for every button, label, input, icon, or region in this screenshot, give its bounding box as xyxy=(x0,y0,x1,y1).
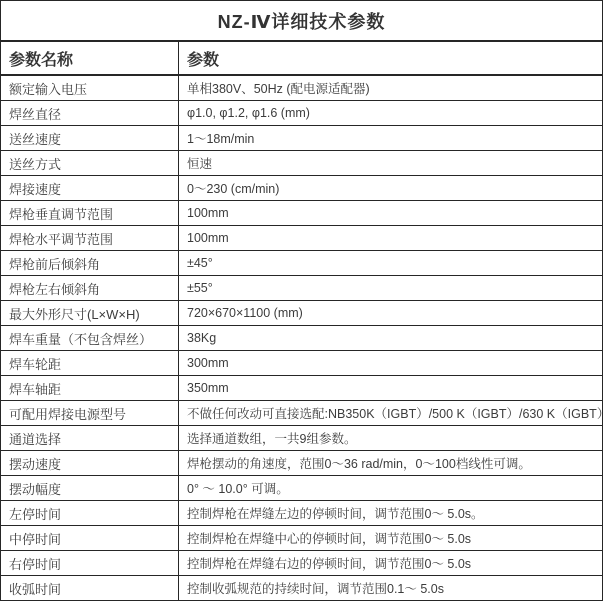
table-row: 左停时间 控制焊枪在焊缝左边的停顿时间，调节范围0～ 5.0s。 xyxy=(1,501,602,526)
param-name-cell: 摆动速度 xyxy=(1,451,179,475)
table-row: 焊丝直径 φ1.0, φ1.2, φ1.6 (mm) xyxy=(1,101,602,126)
param-value-cell: 控制收弧规范的持续时间，调节范围0.1～ 5.0s xyxy=(179,576,602,600)
param-name-cell: 收弧时间 xyxy=(1,576,179,600)
table-row: 通道选择 选择通道数组，一共9组参数。 xyxy=(1,426,602,451)
param-value-cell: 350mm xyxy=(179,376,602,400)
table-row: 收弧时间 控制收弧规范的持续时间，调节范围0.1～ 5.0s xyxy=(1,576,602,600)
param-value-cell: ±55° xyxy=(179,276,602,300)
param-name-cell: 送丝速度 xyxy=(1,126,179,150)
table-title: NZ-Ⅳ详细技术参数 xyxy=(1,1,602,42)
param-value-cell: 选择通道数组，一共9组参数。 xyxy=(179,426,602,450)
table-header-row: 参数名称 参数 xyxy=(1,42,602,76)
param-value-cell: 720×670×1100 (mm) xyxy=(179,301,602,325)
table-row: 焊枪前后倾斜角 ±45° xyxy=(1,251,602,276)
param-name-cell: 焊车轴距 xyxy=(1,376,179,400)
table-row: 额定输入电压 单相380V、50Hz (配电源适配器) xyxy=(1,76,602,101)
param-value-cell: ±45° xyxy=(179,251,602,275)
param-name-cell: 焊枪前后倾斜角 xyxy=(1,251,179,275)
param-value-cell: 焊枪摆动的角速度，范围0～36 rad/min，0～100档线性可调。 xyxy=(179,451,602,475)
param-name-cell: 中停时间 xyxy=(1,526,179,550)
param-value-cell: 38Kg xyxy=(179,326,602,350)
param-value-cell: 恒速 xyxy=(179,151,602,175)
param-value-cell: 300mm xyxy=(179,351,602,375)
param-value-cell: 不做任何改动可直接选配:NB350K（IGBT）/500 K（IGBT）/630… xyxy=(179,401,602,425)
param-value-cell: 1～18m/min xyxy=(179,126,602,150)
param-value-cell: 控制焊枪在焊缝中心的停顿时间，调节范围0～ 5.0s xyxy=(179,526,602,550)
table-row: 最大外形尺寸(L×W×H) 720×670×1100 (mm) xyxy=(1,301,602,326)
header-param-name: 参数名称 xyxy=(1,42,179,74)
spec-table: NZ-Ⅳ详细技术参数 参数名称 参数 额定输入电压 单相380V、50Hz (配… xyxy=(0,0,603,601)
param-name-cell: 摆动幅度 xyxy=(1,476,179,500)
param-value-cell: 控制焊枪在焊缝右边的停顿时间，调节范围0～ 5.0s xyxy=(179,551,602,575)
param-value-cell: φ1.0, φ1.2, φ1.6 (mm) xyxy=(179,101,602,125)
table-row: 焊枪垂直调节范围 100mm xyxy=(1,201,602,226)
param-name-cell: 左停时间 xyxy=(1,501,179,525)
table-row: 摆动幅度 0° ～ 10.0° 可调。 xyxy=(1,476,602,501)
param-name-cell: 焊接速度 xyxy=(1,176,179,200)
table-row: 焊车轮距 300mm xyxy=(1,351,602,376)
table-row: 右停时间 控制焊枪在焊缝右边的停顿时间，调节范围0～ 5.0s xyxy=(1,551,602,576)
param-name-cell: 焊枪左右倾斜角 xyxy=(1,276,179,300)
param-name-cell: 焊车轮距 xyxy=(1,351,179,375)
param-name-cell: 焊枪垂直调节范围 xyxy=(1,201,179,225)
param-name-cell: 送丝方式 xyxy=(1,151,179,175)
table-row: 送丝方式 恒速 xyxy=(1,151,602,176)
param-name-cell: 焊枪水平调节范围 xyxy=(1,226,179,250)
table-row: 可配用焊接电源型号 不做任何改动可直接选配:NB350K（IGBT）/500 K… xyxy=(1,401,602,426)
table-row: 焊枪水平调节范围 100mm xyxy=(1,226,602,251)
param-value-cell: 100mm xyxy=(179,226,602,250)
param-value-cell: 控制焊枪在焊缝左边的停顿时间，调节范围0～ 5.0s。 xyxy=(179,501,602,525)
table-row: 焊车轴距 350mm xyxy=(1,376,602,401)
param-name-cell: 可配用焊接电源型号 xyxy=(1,401,179,425)
param-value-cell: 单相380V、50Hz (配电源适配器) xyxy=(179,76,602,100)
param-value-cell: 0～230 (cm/min) xyxy=(179,176,602,200)
table-row: 中停时间 控制焊枪在焊缝中心的停顿时间，调节范围0～ 5.0s xyxy=(1,526,602,551)
param-name-cell: 最大外形尺寸(L×W×H) xyxy=(1,301,179,325)
table-row: 送丝速度 1～18m/min xyxy=(1,126,602,151)
param-name-cell: 焊丝直径 xyxy=(1,101,179,125)
param-name-cell: 右停时间 xyxy=(1,551,179,575)
table-row: 焊接速度 0～230 (cm/min) xyxy=(1,176,602,201)
param-value-cell: 0° ～ 10.0° 可调。 xyxy=(179,476,602,500)
param-value-cell: 100mm xyxy=(179,201,602,225)
param-name-cell: 焊车重量（不包含焊丝） xyxy=(1,326,179,350)
param-name-cell: 通道选择 xyxy=(1,426,179,450)
header-param-value: 参数 xyxy=(179,42,602,74)
table-row: 焊车重量（不包含焊丝） 38Kg xyxy=(1,326,602,351)
table-row: 摆动速度 焊枪摆动的角速度，范围0～36 rad/min，0～100档线性可调。 xyxy=(1,451,602,476)
param-name-cell: 额定输入电压 xyxy=(1,76,179,100)
table-row: 焊枪左右倾斜角 ±55° xyxy=(1,276,602,301)
